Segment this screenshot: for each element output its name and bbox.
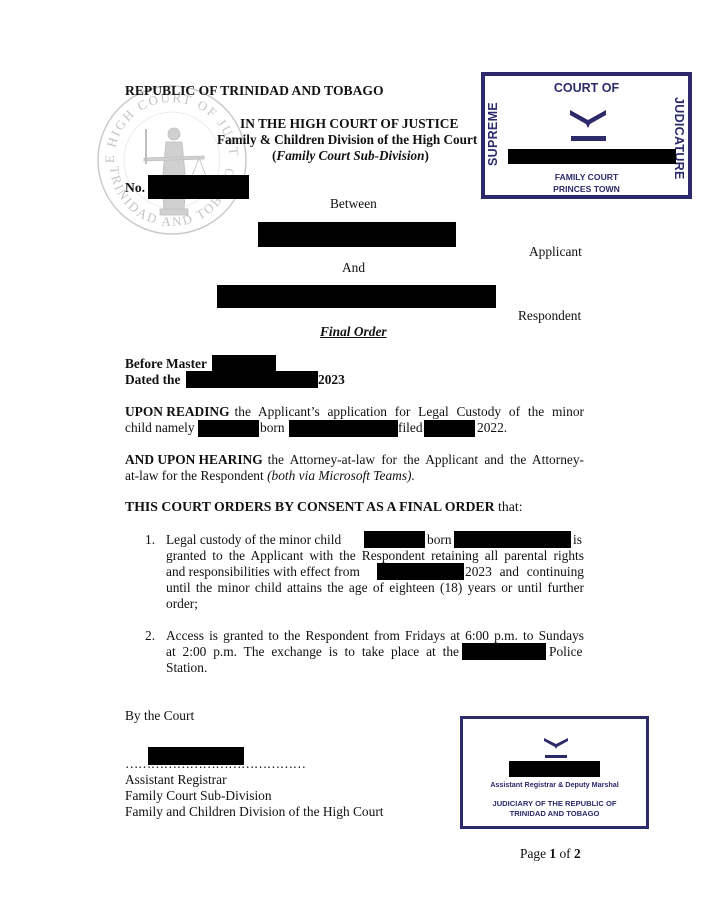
redacted-applicant-name	[258, 222, 456, 247]
redacted-stamp-name	[508, 149, 676, 164]
redacted-master-name	[212, 355, 276, 371]
signatory-subdivision: Family Court Sub-Division	[125, 788, 272, 804]
order-2-number: 2.	[145, 628, 155, 644]
order-2-line3: Station.	[166, 660, 207, 676]
respondent-label: Respondent	[518, 308, 581, 324]
court-heading: IN THE HIGH COURT OF JUSTICE	[240, 116, 458, 132]
stamp-court-of: COURT OF	[485, 81, 688, 95]
order-title: Final Order	[320, 324, 387, 340]
redacted-police-station	[462, 643, 546, 660]
applicant-label: Applicant	[529, 244, 582, 260]
order-1-line3: and responsibilities with effect from	[166, 564, 360, 580]
division-heading: Family & Children Division of the High C…	[217, 132, 477, 148]
dated-label: Dated the	[125, 372, 180, 388]
orders-heading: THIS COURT ORDERS BY CONSENT AS A FINAL …	[125, 499, 523, 515]
upon-hearing-line2: at-law for the Respondent (both via Micr…	[125, 468, 415, 484]
judiciary-emblem-icon	[543, 736, 569, 762]
order-1-line3b: 2023 and continuing	[465, 564, 584, 580]
redacted-order-child-name	[364, 531, 425, 548]
upon-reading-line1: UPON READING the Applicant’s application…	[125, 404, 584, 420]
page-number: Page 1 of 2	[520, 846, 581, 862]
filed-label: filed	[398, 420, 423, 436]
redacted-effect-date	[377, 563, 464, 580]
stamp-judiciary-line2: TRINIDAD AND TOBAGO	[463, 809, 646, 818]
filed-year: 2022.	[477, 420, 507, 436]
stamp-family-court: FAMILY COURT	[485, 172, 688, 182]
redacted-case-number	[148, 175, 249, 199]
upon-hearing-line1: AND UPON HEARING the Attorney-at-law for…	[125, 452, 584, 468]
stamp-judiciary-line1: JUDICIARY OF THE REPUBLIC OF	[463, 799, 646, 808]
order-2-line2: at 2:00 p.m. The exchange is to take pla…	[166, 644, 459, 660]
redacted-respondent-name	[217, 285, 496, 308]
order-2-police: Police	[549, 644, 582, 660]
judiciary-emblem-icon	[568, 106, 608, 146]
signatory-role: Assistant Registrar	[125, 772, 227, 788]
order-1-line5: order;	[166, 596, 198, 612]
republic-heading: REPUBLIC OF TRINIDAD AND TOBAGO	[125, 83, 384, 99]
redacted-child-name	[198, 420, 259, 437]
upon-reading-line2: child namely	[125, 420, 195, 436]
dated-year: 2023	[318, 372, 345, 388]
lady-justice-icon	[144, 128, 210, 215]
born-label: born	[260, 420, 285, 436]
order-1-line4: until the minor child attains the age of…	[166, 580, 584, 596]
stamp-judicature: JUDICATURE	[672, 97, 686, 180]
by-the-court: By the Court	[125, 708, 194, 724]
order-1-line2: granted to the Applicant with the Respon…	[166, 548, 584, 564]
signatory-division: Family and Children Division of the High…	[125, 804, 384, 820]
signature-line: ……………………………………	[125, 756, 305, 772]
redacted-date	[186, 371, 318, 388]
redacted-order-birth-date	[454, 531, 571, 548]
supreme-court-stamp: COURT OF SUPREME JUDICATURE FAMILY COURT…	[481, 72, 692, 199]
stamp-registrar-title: Assistant Registrar & Deputy Marshal	[463, 780, 646, 789]
order-1-number: 1.	[145, 532, 155, 548]
registrar-stamp: Assistant Registrar & Deputy Marshal JUD…	[460, 716, 649, 829]
case-number-label: No.	[125, 180, 145, 196]
order-1-text: Legal custody of the minor child	[166, 532, 341, 548]
order-1-is: is	[573, 532, 582, 548]
stamp-supreme: SUPREME	[486, 102, 500, 166]
order-2-line1: Access is granted to the Respondent from…	[166, 628, 584, 644]
court-seal-watermark: THE HIGH COURT OF JUSTICE TRINIDAD AND T…	[96, 84, 248, 236]
between-label: Between	[330, 196, 377, 212]
redacted-registrar-name	[509, 761, 600, 777]
redacted-filed-date	[424, 420, 475, 437]
before-master-label: Before Master	[125, 356, 207, 372]
stamp-princes-town: PRINCES TOWN	[485, 184, 688, 194]
subdivision-heading: (Family Court Sub-Division)	[272, 148, 429, 164]
and-label: And	[342, 260, 365, 276]
order-1-born: born	[427, 532, 452, 548]
redacted-birth-date	[289, 420, 398, 437]
